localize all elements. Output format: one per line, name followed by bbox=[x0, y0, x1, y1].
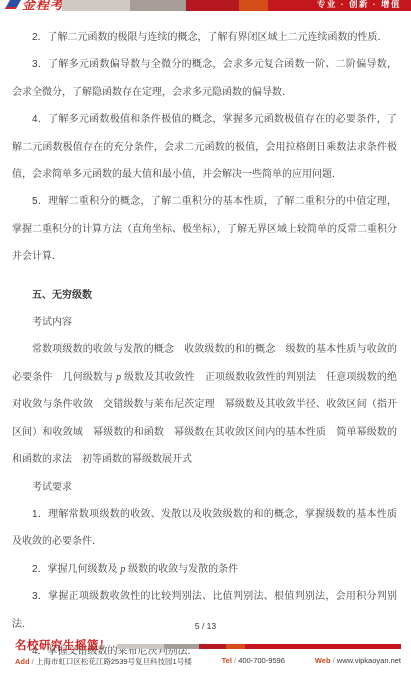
banner-segment-taupe bbox=[130, 0, 186, 11]
page-number: 5 / 13 bbox=[0, 621, 411, 631]
web-label: Web bbox=[315, 656, 331, 665]
requirement-2-text-1: 2．掌握几何级数及 bbox=[32, 564, 120, 575]
section-heading: 五、无穷级数 bbox=[12, 282, 397, 309]
paragraph-series-content: 常数项级数的收敛与发散的概念 收敛级数的和的概念 级数的基本性质与收敛的必要条件… bbox=[12, 336, 397, 473]
banner-segment-orange bbox=[239, 0, 268, 11]
stripe-segment-gray bbox=[117, 644, 164, 649]
tel-label: Tel bbox=[222, 656, 232, 665]
requirement-item-2: 2．掌握几何级数及 p 级数的收敛与发散的条件 bbox=[12, 556, 397, 583]
contact-address: Add / 上海市虹口区松花江路2539号复旦科技园1号楼 bbox=[15, 656, 192, 667]
paragraph-double-integral: 5．理解二重积分的概念，了解二重积分的基本性质，了解二重积分的中值定理，掌握二重… bbox=[12, 188, 397, 270]
requirement-2-text-2: 级数的收敛与发散的条件 bbox=[125, 564, 238, 575]
stripe-segment-red bbox=[245, 644, 401, 649]
contact-web: Web / www.vipkaoyan.net bbox=[315, 656, 401, 667]
contact-tel: Tel / 400-700-9596 bbox=[222, 656, 285, 667]
logo-swoosh-icon bbox=[5, 0, 22, 9]
paragraph-partial-derivatives: 3．了解多元函数偏导数与全微分的概念，会求多元复合函数一阶、二阶偏导数，会求全微… bbox=[12, 51, 397, 106]
document-body: 2．了解二元函数的极限与连续的概念，了解有界闭区域上二元连续函数的性质． 3．了… bbox=[12, 24, 397, 665]
stripe-segment-orange bbox=[226, 644, 245, 649]
header-banner: 专业 · 创新 · 增值 bbox=[62, 0, 411, 11]
requirement-item-1: 1．理解常数项级数的收敛、发散以及收敛级数的和的概念，掌握级数的基本性质及收敛的… bbox=[12, 501, 397, 556]
address-label: Add bbox=[15, 657, 30, 666]
footer-contact-row: Add / 上海市虹口区松花江路2539号复旦科技园1号楼 Tel / 400-… bbox=[15, 656, 401, 667]
document-page: 金程考研 专业 · 创新 · 增值 2．了解二元函数的极限与连续的概念，了解有界… bbox=[0, 0, 411, 686]
exam-content-label: 考试内容 bbox=[12, 309, 397, 336]
banner-segment-gray bbox=[62, 0, 130, 11]
footer-tagline: 名校研究生摇篮！ bbox=[15, 637, 111, 653]
paragraph-extrema: 4．了解多元函数极值和条件极值的概念，掌握多元函数极值存在的必要条件，了解二元函… bbox=[12, 106, 397, 188]
exam-requirements-label: 考试要求 bbox=[12, 474, 397, 501]
stripe-segment-taupe bbox=[164, 644, 199, 649]
stripe-segment-darkred bbox=[199, 644, 226, 649]
series-content-text-2: 级数及其收敛性 正项级数收敛性的判别法 任意项级数的绝对收敛与条件收敛 交错级数… bbox=[12, 372, 397, 465]
footer-banner-row: 名校研究生摇篮！ bbox=[15, 637, 401, 653]
banner-segment-darkred bbox=[186, 0, 239, 11]
web-value: www.vipkaoyan.net bbox=[337, 656, 401, 665]
page-header: 金程考研 专业 · 创新 · 增值 bbox=[0, 0, 411, 13]
paragraph-limits-continuity: 2．了解二元函数的极限与连续的概念，了解有界闭区域上二元连续函数的性质． bbox=[12, 24, 397, 51]
page-footer: 名校研究生摇篮！ Add / 上海市虹口区松花江路2539号复旦科技园1号楼 T… bbox=[15, 637, 401, 667]
footer-stripe bbox=[117, 644, 401, 649]
address-value: 上海市虹口区松花江路2539号复旦科技园1号楼 bbox=[36, 657, 192, 666]
header-slogan: 专业 · 创新 · 增值 bbox=[317, 0, 411, 10]
tel-value: 400-700-9596 bbox=[238, 656, 285, 665]
banner-segment-red: 专业 · 创新 · 增值 bbox=[268, 0, 411, 11]
